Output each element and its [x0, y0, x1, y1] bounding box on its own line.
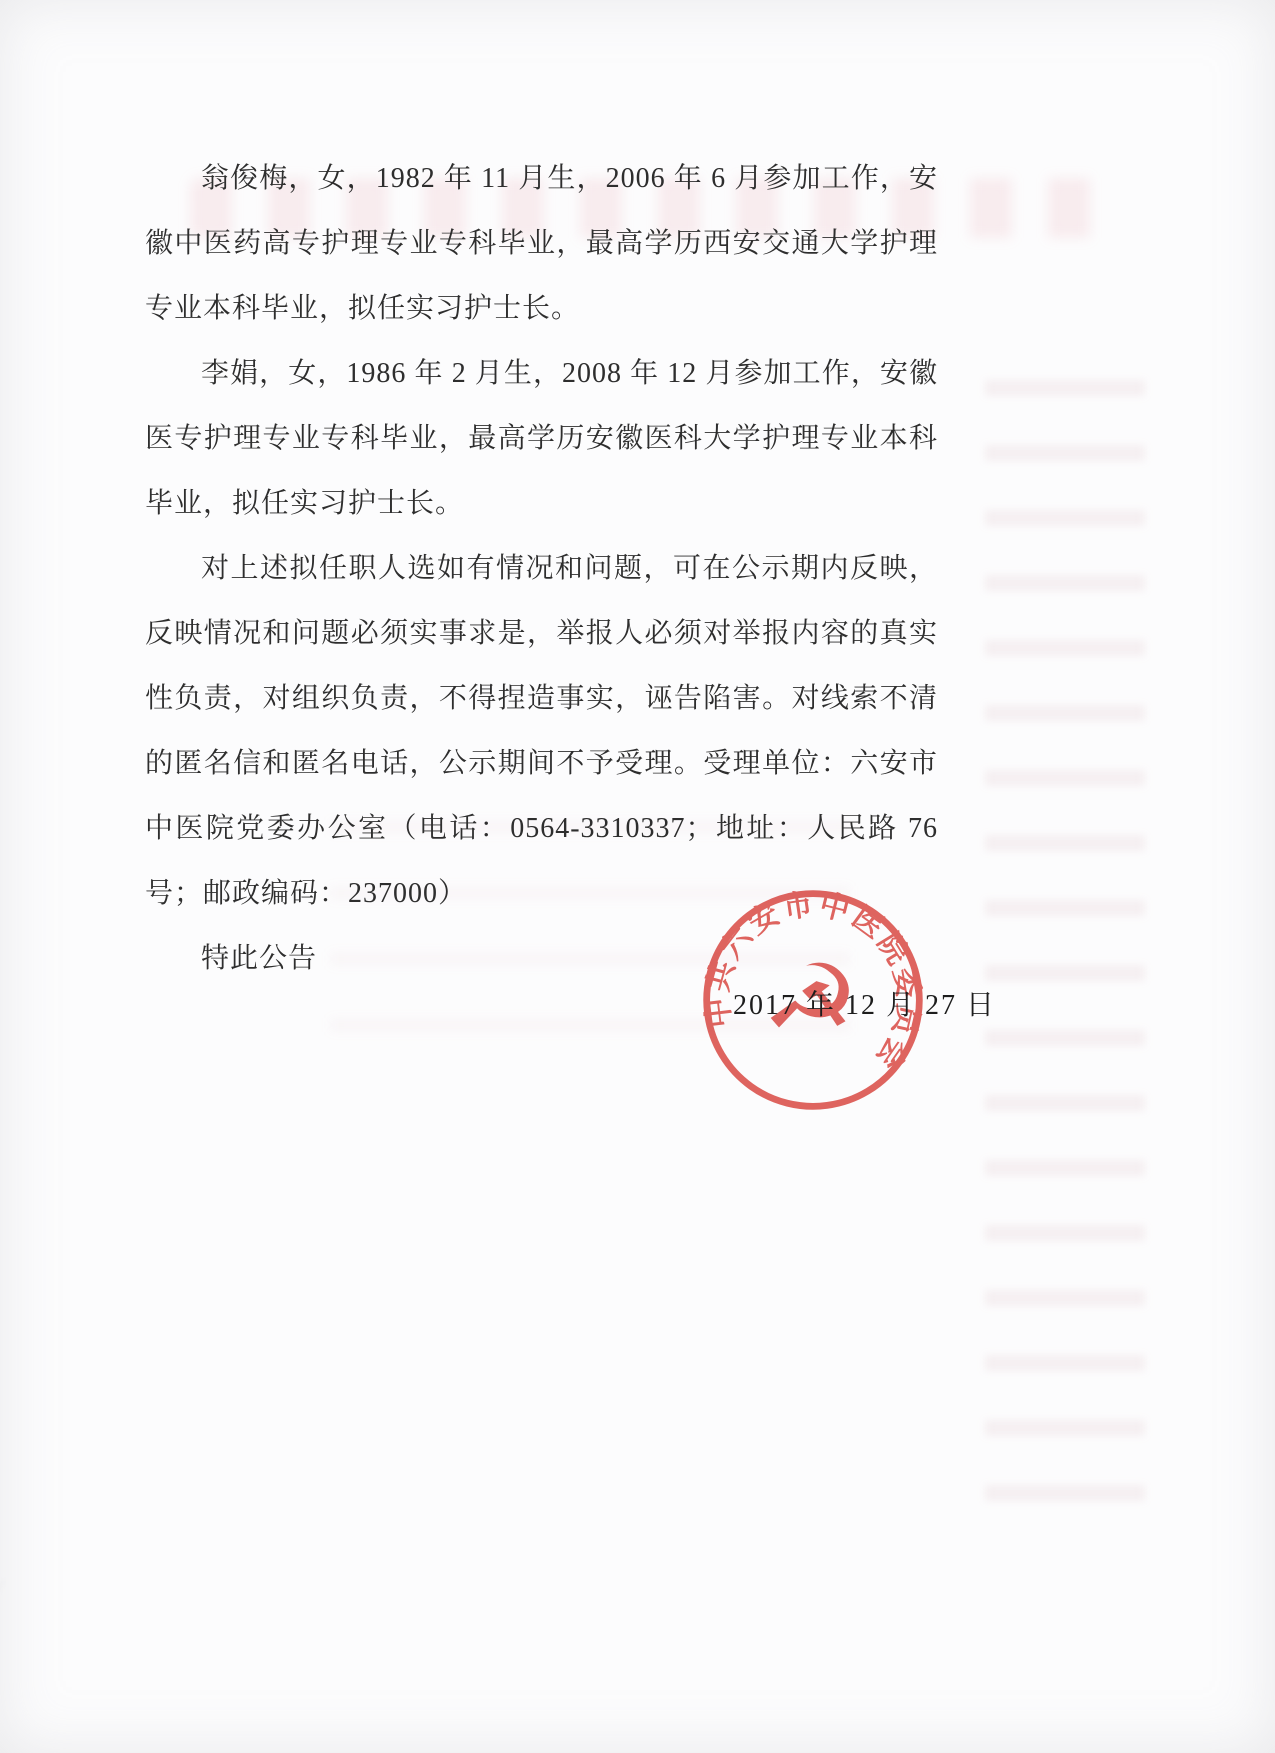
document-text: 翁俊梅，女，1982 年 11 月生，2006 年 6 月参加工作，安徽中医药高…	[145, 146, 938, 991]
scanned-document-page: 翁俊梅，女，1982 年 11 月生，2006 年 6 月参加工作，安徽中医药高…	[0, 0, 1275, 1753]
document-date: 2017 年 12 月 27 日	[733, 983, 996, 1023]
paragraph-weng-junmei: 翁俊梅，女，1982 年 11 月生，2006 年 6 月参加工作，安徽中医药高…	[145, 146, 938, 341]
paragraph-li-juan: 李娟，女，1986 年 2 月生，2008 年 12 月参加工作，安徽医专护理专…	[145, 341, 938, 536]
paper-crease	[0, 1580, 380, 1753]
paragraph-feedback-notice: 对上述拟任职人选如有情况和问题，可在公示期内反映，反映情况和问题必须实事求是，举…	[145, 536, 938, 926]
scan-bleed-through-margin	[985, 380, 1145, 1520]
